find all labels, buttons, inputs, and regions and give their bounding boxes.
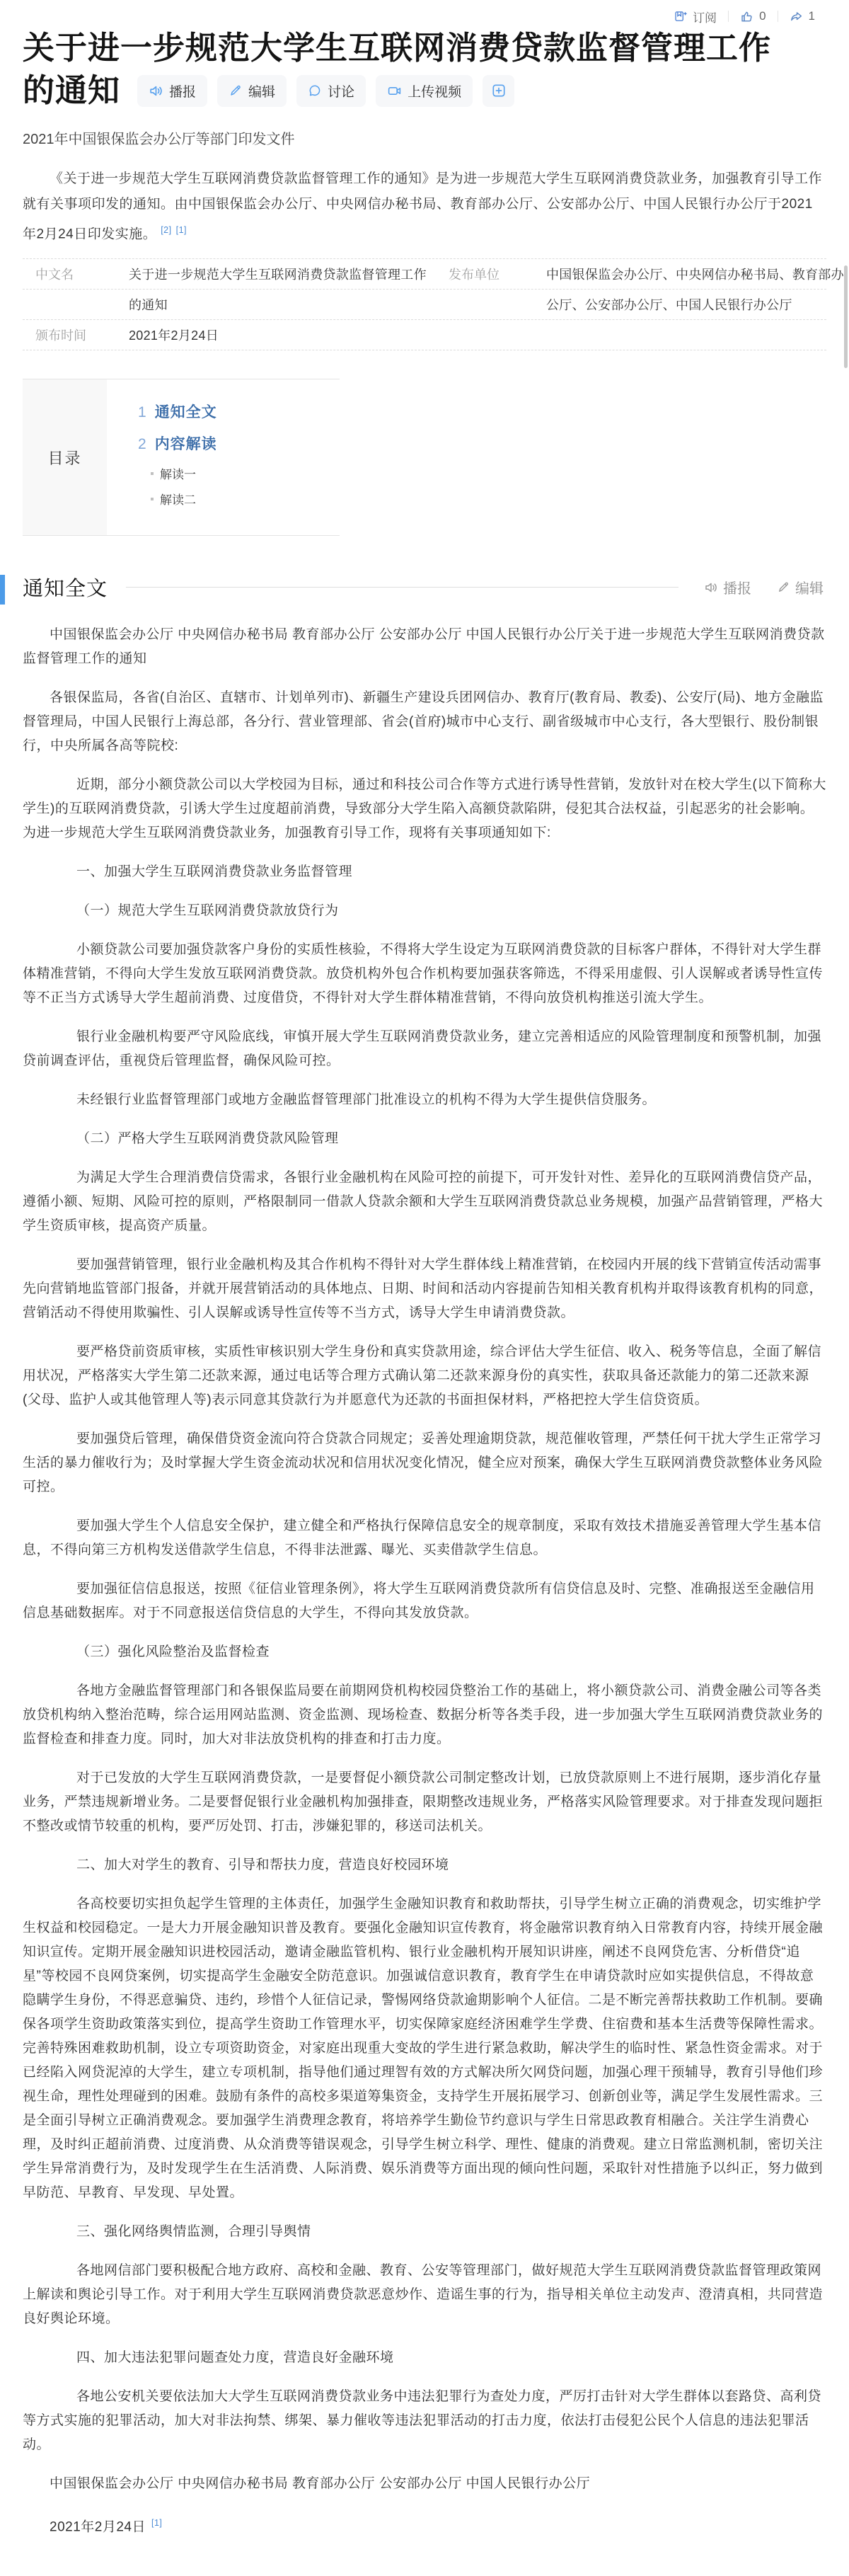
upload-video-label: 上传视频	[408, 81, 461, 101]
body-paragraph: 近期，部分小额贷款公司以大学校园为目标，通过和科技公司合作等方式进行诱导性营销，…	[23, 773, 826, 845]
section-divider-line	[126, 587, 678, 588]
intro-paragraph: 《关于进一步规范大学生互联网消费贷款监督管理工作的通知》是为进一步规范大学生互联…	[23, 166, 826, 247]
toc-subitem-label: 解读二	[160, 490, 196, 508]
body-paragraph: 各高校要切实担负起学生管理的主体责任，加强学生金融知识教育和救助帮扶，引导学生树…	[23, 1892, 826, 2205]
toc-label-cell: 目录	[23, 379, 107, 535]
reference-link[interactable]: [1]	[176, 225, 187, 235]
top-action-bar: 订阅 0 1	[23, 0, 826, 24]
toc-item-number: 1	[138, 404, 146, 421]
add-button[interactable]	[483, 75, 514, 107]
body-subheading-1-1: （一）规范大学生互联网消费贷款放贷行为	[23, 899, 826, 923]
section-accent-bar	[0, 575, 5, 605]
signature-paragraph: 中国银保监会办公厅 中央网信办秘书局 教育部办公厅 公安部办公厅 中国人民银行办…	[23, 2472, 826, 2496]
info-label: 颁布时间	[23, 326, 129, 344]
body-heading-2: 二、加大对学生的教育、引导和帮扶力度，营造良好校园环境	[23, 1853, 826, 1877]
toc-subitem-label: 解读一	[160, 464, 196, 482]
body-paragraph: 各银保监局，各省(自治区、直辖市、计划单列市)、新疆生产建设兵团网信办、教育厅(…	[23, 686, 826, 758]
body-heading-1: 一、加强大学生互联网消费贷款业务监督管理	[23, 860, 826, 884]
plus-square-icon	[491, 83, 507, 98]
discuss-button[interactable]: 讨论	[296, 75, 366, 107]
discuss-label: 讨论	[328, 81, 354, 101]
notice-fulltext-section: 中国银保监会办公厅 中央网信办秘书局 教育部办公厅 公安部办公厅 中国人民银行办…	[23, 623, 826, 2539]
broadcast-button[interactable]: 播报	[137, 75, 207, 107]
info-value: 的通知	[129, 295, 168, 314]
toc-entries: 1 通知全文 2 内容解读 解读一 解读二	[107, 379, 217, 535]
reference-link[interactable]: [2]	[161, 225, 171, 235]
share-count: 1	[809, 9, 815, 23]
section-broadcast-label: 播报	[723, 577, 751, 597]
body-paragraph: 小额贷款公司要加强贷款客户身份的实质性核验，不得将大学生设定为互联网消费贷款的目…	[23, 938, 826, 1010]
info-value: 关于进一步规范大学生互联网消费贷款监督管理工作	[129, 265, 427, 283]
subscribe-button[interactable]: 订阅	[663, 8, 728, 25]
scrollbar-thumb[interactable]	[844, 265, 848, 368]
edit-button[interactable]: 编辑	[217, 75, 287, 107]
body-paragraph: 要加强贷后管理，确保借贷资金流向符合贷款合同规定；妥善处理逾期贷款，规范催收管理…	[23, 1427, 826, 1499]
speaker-icon	[704, 580, 718, 595]
toc-item-number: 2	[138, 436, 146, 453]
pencil-icon	[229, 84, 243, 98]
broadcast-label: 播报	[169, 81, 196, 101]
body-paragraph: 要加强征信信息报送，按照《征信业管理条例》，将大学生互联网消费贷款所有信贷信息及…	[23, 1577, 826, 1625]
baike-article-page: 订阅 0 1 关于进一步规范大学生互联网消费贷款监督管理工作 的通知	[0, 0, 849, 2576]
info-label: 中文名	[23, 265, 129, 283]
body-subheading-1-3: （三）强化风险整治及监督检查	[23, 1640, 826, 1664]
toc-item-notice-fulltext[interactable]: 1 通知全文	[138, 401, 217, 422]
body-paragraph: 为满足大学生合理消费信贷需求，各银行业金融机构在风险可控的前提下，可开发针对性、…	[23, 1166, 826, 1238]
page-title-line2: 的通知	[23, 71, 120, 110]
info-row: 颁布时间 2021年2月24日	[23, 320, 826, 350]
toc-title: 目录	[47, 447, 81, 469]
body-paragraph: 各地方金融监督管理部门和各银保监局要在前期网贷机构校园贷整治工作的基础上，将小额…	[23, 1679, 826, 1751]
basic-info-box: 中文名 关于进一步规范大学生互联网消费贷款监督管理工作 发布单位 中国银保监会办…	[23, 258, 826, 350]
page-title-line1: 关于进一步规范大学生互联网消费贷款监督管理工作	[23, 28, 826, 68]
section-edit-button[interactable]: 编辑	[777, 577, 824, 597]
toc-subitem-interpretation-2[interactable]: 解读二	[151, 490, 217, 508]
table-of-contents: 目录 1 通知全文 2 内容解读 解读一 解读二	[23, 379, 340, 536]
like-count: 0	[759, 9, 766, 23]
info-item-issuer-cont: 公厅、公安部办公厅、中国人民银行办公厅	[447, 295, 826, 314]
body-paragraph: 各地网信部门要积极配合地方政府、高校和金融、教育、公安等管理部门，做好规范大学生…	[23, 2259, 826, 2331]
info-value: 2021年2月24日	[129, 326, 219, 344]
page-title-row: 的通知 播报 编辑	[23, 71, 826, 110]
pencil-icon	[777, 580, 790, 594]
section-broadcast-button[interactable]: 播报	[704, 577, 751, 597]
info-item-date: 颁布时间 2021年2月24日	[23, 326, 447, 344]
info-item-name-cont: 的通知	[23, 295, 447, 314]
edit-label: 编辑	[248, 81, 275, 101]
body-paragraph: 要加强大学生个人信息安全保护，建立健全和严格执行保障信息安全的规章制度，采取有效…	[23, 1514, 826, 1562]
reference-link[interactable]: [1]	[151, 2518, 162, 2528]
upload-video-button[interactable]: 上传视频	[376, 75, 473, 107]
date-paragraph: 2021年2月24日[1]	[23, 2511, 826, 2539]
toc-item-label: 内容解读	[155, 433, 217, 454]
body-paragraph: 要加强营销管理，银行业金融机构及其合作机构不得针对大学生群体线上精准营销，在校园…	[23, 1253, 826, 1325]
thumb-up-icon	[740, 10, 753, 23]
body-paragraph: 中国银保监会办公厅 中央网信办秘书局 教育部办公厅 公安部办公厅 中国人民银行办…	[23, 623, 826, 671]
info-value: 公厅、公安部办公厅、中国人民银行办公厅	[546, 295, 792, 314]
info-value: 中国银保监会办公厅、中央网信办秘书局、教育部办	[546, 265, 844, 283]
body-paragraph: 未经银行业监督管理部门或地方金融监督管理部门批准设立的机构不得为大学生提供信贷服…	[23, 1088, 826, 1112]
bookmark-plus-icon	[674, 10, 687, 23]
body-paragraph: 各地公安机关要依法加大大学生互联网消费贷款业务中违法犯罪行为查处力度，严厉打击针…	[23, 2385, 826, 2457]
toc-item-content-interpretation[interactable]: 2 内容解读	[138, 433, 217, 454]
info-row: 的通知 公厅、公安部办公厅、中国人民银行办公厅	[23, 290, 826, 320]
body-paragraph: 银行业金融机构要严守风险底线，审慎开展大学生互联网消费贷款业务，建立完善相适应的…	[23, 1025, 826, 1073]
info-item-issuer: 发布单位 中国银保监会办公厅、中央网信办秘书局、教育部办	[447, 265, 844, 283]
body-paragraph: 要严格贷前资质审核，实质性审核识别大学生身份和真实贷款用途，综合评估大学生征信、…	[23, 1340, 826, 1412]
date-text: 2021年2月24日	[50, 2520, 146, 2535]
video-camera-icon	[387, 84, 402, 98]
section-edit-label: 编辑	[795, 577, 824, 597]
body-subheading-1-2: （二）严格大学生互联网消费贷款风险管理	[23, 1127, 826, 1151]
info-item-name: 中文名 关于进一步规范大学生互联网消费贷款监督管理工作	[23, 265, 447, 283]
like-button[interactable]: 0	[729, 9, 777, 23]
subscribe-label: 订阅	[693, 8, 717, 25]
page-subtitle: 2021年中国银保监会办公厅等部门印发文件	[23, 127, 826, 148]
square-bullet-icon	[151, 498, 154, 500]
share-arrow-icon	[790, 10, 803, 23]
body-heading-3: 三、强化网络舆情监测，合理引导舆情	[23, 2220, 826, 2244]
body-paragraph: 对于已发放的大学生互联网消费贷款，一是要督促小额贷款公司制定整改计划，已放贷款原…	[23, 1766, 826, 1838]
speaker-icon	[149, 84, 163, 98]
info-label: 发布单位	[447, 265, 546, 283]
section-header: 通知全文 播报 编辑	[23, 573, 826, 602]
toc-subitem-interpretation-1[interactable]: 解读一	[151, 464, 217, 482]
section-title: 通知全文	[23, 573, 108, 602]
speech-bubble-icon	[308, 84, 322, 98]
intro-text: 《关于进一步规范大学生互联网消费贷款监督管理工作的通知》是为进一步规范大学生互联…	[23, 171, 822, 241]
square-bullet-icon	[151, 472, 154, 475]
info-row: 中文名 关于进一步规范大学生互联网消费贷款监督管理工作 发布单位 中国银保监会办…	[23, 259, 826, 290]
toc-item-label: 通知全文	[155, 401, 217, 422]
share-button[interactable]: 1	[778, 9, 826, 23]
body-heading-4: 四、加大违法犯罪问题查处力度，营造良好金融环境	[23, 2346, 826, 2370]
